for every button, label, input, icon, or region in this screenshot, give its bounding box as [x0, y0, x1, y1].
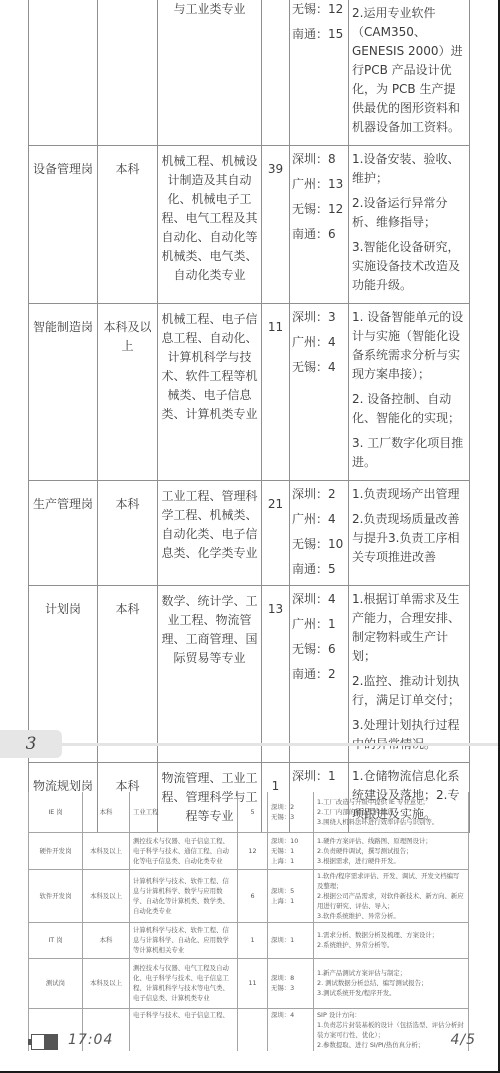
location-quota: 深圳：8 — [292, 150, 348, 169]
count-cell: 21 — [262, 481, 290, 586]
locations-cell: 无锡：12南通：15 — [290, 0, 349, 146]
education-cell: 本科 — [98, 481, 158, 586]
table-row: IE 岗本科工业工程5深圳：2无锡：31.工厂改造与升级中提供 IE 专业意见；… — [29, 792, 469, 832]
duties-cell: 1.新产品测试方案评估与制定；2. 测试数据分析总结、编写测试报告；3.测试系统… — [314, 958, 469, 1008]
education-cell: 本科及以上 — [83, 832, 130, 869]
location-quota: 无锡：6 — [292, 640, 348, 659]
position-cell: IE 岗 — [29, 792, 83, 832]
count-cell: 11 — [238, 958, 268, 1008]
duties-cell: 1.软件/程序需求评估、开发、调试、开发文档编写及整理；2.根据公司产品需求，对… — [314, 869, 469, 922]
duty-item: 1.硬件方案评估、线路图、原理图设计； — [317, 836, 465, 846]
duty-item: 3.测试系统开发/程序开发。 — [317, 988, 465, 998]
count-cell — [262, 0, 290, 146]
duty-item: 1.工厂改造与升级中提供 IE 专业意见； — [317, 797, 465, 807]
location-quota: 南通：15 — [292, 25, 348, 44]
education-cell — [98, 0, 158, 146]
duties-cell: 2.运用专业软件（CAM350、GENESIS 2000）进行PCB 产品设计优… — [349, 0, 470, 146]
location-quota: 深圳：5 — [271, 886, 310, 896]
position-cell: 测试岗 — [29, 958, 83, 1008]
duty-item: 2. 设备控制、自动化、智能化的实现； — [352, 390, 467, 428]
location-quota: 深圳：4 — [271, 1010, 310, 1020]
clock-time: 17:04 — [68, 1032, 113, 1048]
education-cell: 本科 — [83, 922, 130, 958]
education-cell: 本科 — [98, 146, 158, 304]
locations-cell: 深圳：1 — [268, 922, 314, 958]
location-quota: 上海：1 — [271, 896, 310, 906]
position-cell: IT 岗 — [29, 922, 83, 958]
location-quota: 无锡：12 — [292, 0, 348, 19]
duty-item: 1. 设备智能单元的设计与实施（智能化设备系统需求分析与实现方案串接）； — [352, 308, 467, 384]
location-quota: 深圳：2 — [292, 485, 348, 504]
duty-item: 2.运用专业软件（CAM350、GENESIS 2000）进行PCB 产品设计优… — [352, 4, 467, 137]
page-indicator: 4/5 — [450, 1032, 476, 1048]
location-quota: 无锡：1 — [271, 846, 310, 856]
location-quota: 广州：13 — [292, 175, 348, 194]
duty-item: SIP 设计方向： — [317, 1010, 465, 1020]
location-quota: 深圳：1 — [292, 767, 348, 786]
duty-item: 2.负责现场质量改善与提升3.负责工序相关专项推进改善 — [352, 510, 467, 567]
table-row: IT 岗本科计算机科学与技术、软件工程、信息与计算科学、自动化、应用数学等计算机… — [29, 922, 469, 958]
position-cell: 生产管理岗 — [29, 481, 98, 586]
location-quota: 无锡：4 — [292, 358, 348, 377]
majors-cell: 工业工程、管理科学工程、机械类、自动化类、电子信息类、化学类专业 — [158, 481, 262, 586]
duties-cell: 1. 设备智能单元的设计与实施（智能化设备系统需求分析与实现方案串接）；2. 设… — [349, 304, 470, 481]
location-quota: 广州：4 — [292, 510, 348, 529]
location-quota: 广州：1 — [292, 615, 348, 634]
page-divider-line — [62, 743, 498, 746]
majors-cell: 测控技术与仪器、电气工程及自动化、电子科学与技术、电子信息工程、计算机科学与技术… — [130, 958, 238, 1008]
duty-item: 3.根据需求，进行硬件开发。 — [317, 856, 465, 866]
locations-cell: 深圳：2广州：4无锡：10南通：5 — [290, 481, 349, 586]
location-quota: 深圳：2 — [271, 802, 310, 812]
position-cell: 软件开发岗 — [29, 869, 83, 922]
table-row: 软件开发岗本科及以上计算机科学与技术、软件工程、信息与计算机科学、数学与应用数学… — [29, 869, 469, 922]
duty-item: 1.设备安装、验收、维护； — [352, 150, 467, 188]
majors-cell: 计算机科学与技术、软件工程、信息与计算科学、自动化、应用数学等计算机相关专业 — [130, 922, 238, 958]
duty-item: 1.软件/程序需求评估、开发、调试、开发文档编写及整理； — [317, 871, 465, 891]
duty-item: 3. 工厂数字化项目推进。 — [352, 434, 467, 472]
location-quota: 上海：1 — [271, 856, 310, 866]
count-cell: 6 — [238, 869, 268, 922]
duty-item: 2.监控、推动计划执行，满足订单交付； — [352, 672, 467, 710]
duty-item: 2.负责硬件调试，撰写测试报告； — [317, 846, 465, 856]
location-quota: 广州：4 — [292, 333, 348, 352]
location-quota: 无锡：12 — [292, 200, 348, 219]
locations-cell: 深圳：5上海：1 — [268, 869, 314, 922]
count-cell: 12 — [238, 832, 268, 869]
majors-cell: 测控技术与仪器、电子信息工程、电子科学与技术、通信工程、自动化等电子信息类、自动… — [130, 832, 238, 869]
duty-item: 2. 测试数据分析总结、编写测试报告； — [317, 978, 465, 988]
education-cell: 本科 — [83, 792, 130, 832]
location-quota: 无锡：3 — [271, 983, 310, 993]
table-row: 测试岗本科及以上测控技术与仪器、电气工程及自动化、电子科学与技术、电子信息工程、… — [29, 958, 469, 1008]
duty-item: 3.围绕人机料法环进行效率评估与识别等。 — [317, 817, 465, 827]
recruitment-table-page-4: IE 岗本科工业工程5深圳：2无锡：31.工厂改造与升级中提供 IE 专业意见；… — [28, 792, 469, 1051]
duty-item: 2.设备运行异常分析、维修指导； — [352, 194, 467, 232]
page-separator: 3 — [0, 730, 500, 760]
location-quota: 深圳：4 — [292, 590, 348, 609]
table-row: 生产管理岗本科工业工程、管理科学工程、机械类、自动化类、电子信息类、化学类专业2… — [29, 481, 470, 586]
location-quota: 南通：6 — [292, 225, 348, 244]
locations-cell: 深圳：8无锡：3 — [268, 958, 314, 1008]
duties-cell: 1.设备安装、验收、维护；2.设备运行异常分析、维修指导；3.智能化设备研究，实… — [349, 146, 470, 304]
count-cell: 1 — [238, 922, 268, 958]
location-quota: 深圳：3 — [292, 308, 348, 327]
location-quota: 无锡：10 — [292, 535, 348, 554]
table-row: 硬件开发岗本科及以上测控技术与仪器、电子信息工程、电子科学与技术、通信工程、自动… — [29, 832, 469, 869]
duty-item: 2.根据公司产品需求，对软件新技术、新方向、新应用进行研究、评估、导入； — [317, 891, 465, 911]
majors-cell: 工业工程 — [130, 792, 238, 832]
position-cell: 智能制造岗 — [29, 304, 98, 481]
position-cell: 硬件开发岗 — [29, 832, 83, 869]
duty-item: 2.工厂内部的精益工作推进 — [317, 807, 465, 817]
page-number-badge: 3 — [0, 730, 62, 758]
duty-item: 1.负责现场产出管理 — [352, 485, 467, 504]
majors-cell: 机械工程、电子信息工程、自动化、计算机科学与技术、软件工程等机械类、电子信息类、… — [158, 304, 262, 481]
table-row: 智能制造岗本科及以上机械工程、电子信息工程、自动化、计算机科学与技术、软件工程等… — [29, 304, 470, 481]
education-cell: 本科及以上 — [83, 958, 130, 1008]
locations-cell: 深圳：3广州：4无锡：4 — [290, 304, 349, 481]
count-cell: 5 — [238, 792, 268, 832]
location-quota: 南通：2 — [292, 665, 348, 684]
education-cell: 本科及以上 — [83, 869, 130, 922]
location-quota: 深圳：8 — [271, 973, 310, 983]
education-cell: 本科及以上 — [98, 304, 158, 481]
duty-item: 1.需求分析、数据分析及梳理、方案设计； — [317, 930, 465, 940]
duties-cell: 1.工厂改造与升级中提供 IE 专业意见；2.工厂内部的精益工作推进3.围绕人机… — [314, 792, 469, 832]
duty-item: 2.系统维护、异常分析等。 — [317, 940, 465, 950]
count-cell: 39 — [262, 146, 290, 304]
position-cell — [29, 0, 98, 146]
locations-cell: 深圳：8广州：13无锡：12南通：6 — [290, 146, 349, 304]
duty-item: 1.新产品测试方案评估与制定； — [317, 968, 465, 978]
locations-cell: 深圳：10无锡：1上海：1 — [268, 832, 314, 869]
majors-cell: 机械工程、机械设计制造及其自动化、机械电子工程、电气工程及其自动化、自动化等机械… — [158, 146, 262, 304]
position-cell: 设备管理岗 — [29, 146, 98, 304]
battery-half-icon — [28, 1034, 58, 1050]
table-row: 与工业类专业无锡：12南通：152.运用专业软件（CAM350、GENESIS … — [29, 0, 470, 146]
majors-cell: 与工业类专业 — [158, 0, 262, 146]
duty-item: 3.软件系统维护、异常分析。 — [317, 911, 465, 921]
recruitment-table-page-3: 与工业类专业无锡：12南通：152.运用专业软件（CAM350、GENESIS … — [28, 0, 470, 833]
duties-cell: 1.负责现场产出管理2.负责现场质量改善与提升3.负责工序相关专项推进改善 — [349, 481, 470, 586]
duty-item: 3.智能化设备研究，实施设备技术改造及功能升级。 — [352, 238, 467, 295]
location-quota: 深圳：1 — [271, 935, 310, 945]
location-quota: 南通：5 — [292, 560, 348, 579]
location-quota: 深圳：10 — [271, 836, 310, 846]
duty-item: 1.根据订单需求及生产能力，合理安排、制定物料或生产计划； — [352, 590, 467, 666]
duties-cell: 1.硬件方案评估、线路图、原理图设计；2.负责硬件调试，撰写测试报告；3.根据需… — [314, 832, 469, 869]
reader-status-bar: 17:04 4/5 — [0, 1030, 500, 1056]
locations-cell: 深圳：2无锡：3 — [268, 792, 314, 832]
location-quota: 无锡：3 — [271, 812, 310, 822]
duties-cell: 1.需求分析、数据分析及梳理、方案设计；2.系统维护、异常分析等。 — [314, 922, 469, 958]
count-cell: 11 — [262, 304, 290, 481]
majors-cell: 计算机科学与技术、软件工程、信息与计算机科学、数学与应用数学、自动化等计算机类、… — [130, 869, 238, 922]
table-row: 设备管理岗本科机械工程、机械设计制造及其自动化、机械电子工程、电气工程及其自动化… — [29, 146, 470, 304]
